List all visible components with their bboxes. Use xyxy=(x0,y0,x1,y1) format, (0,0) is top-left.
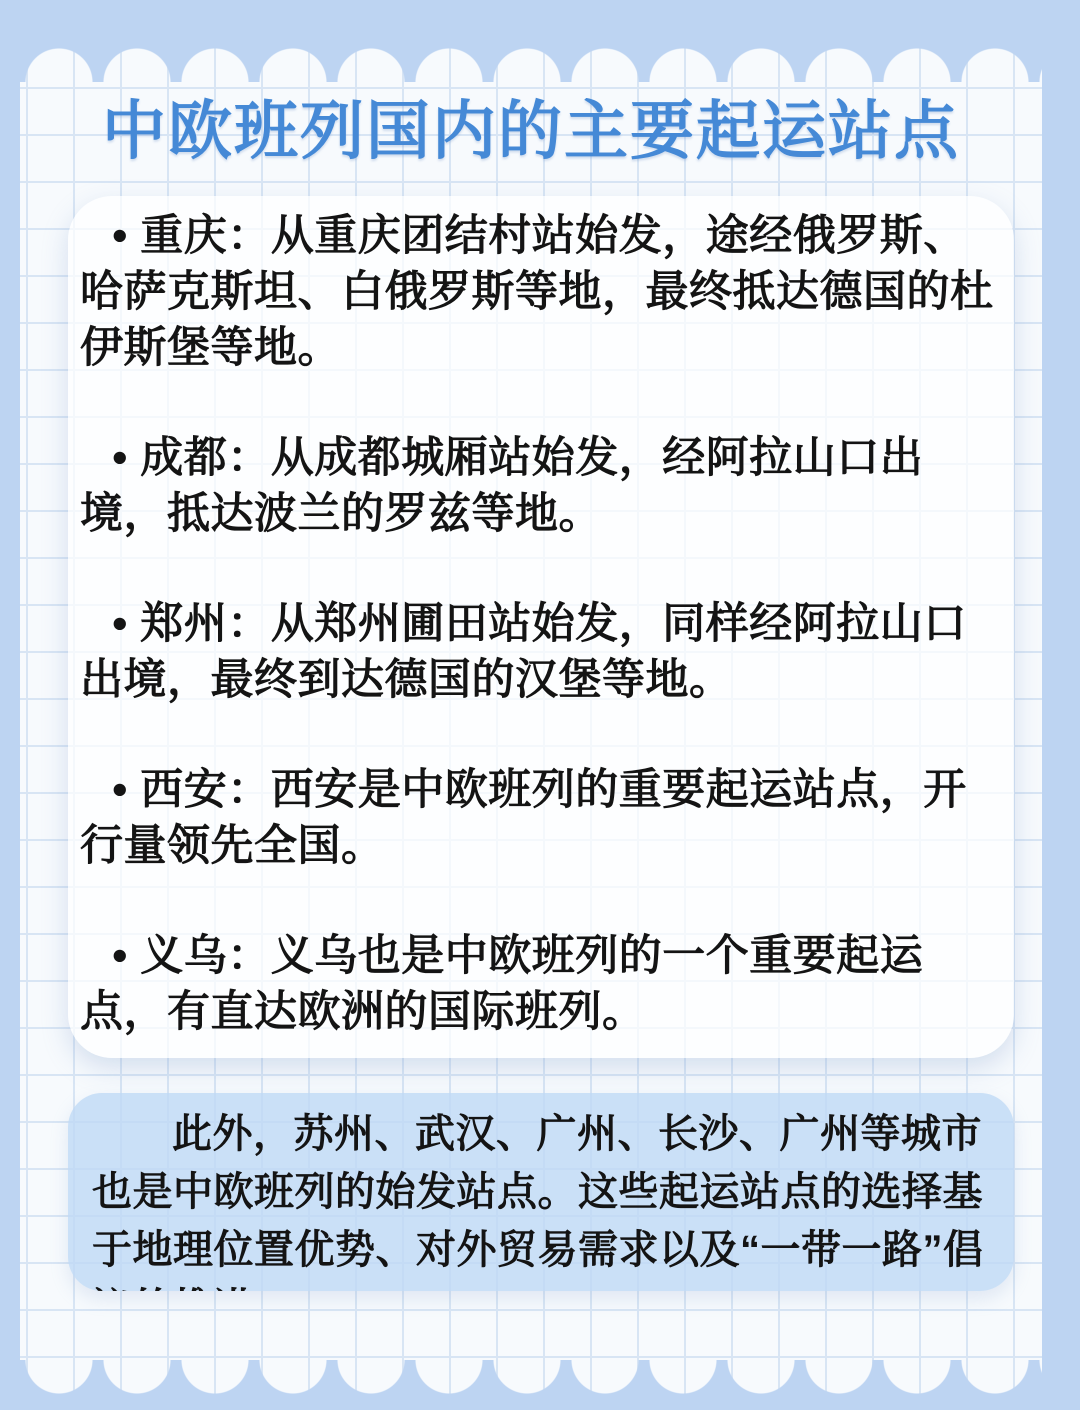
footer-card: 此外，苏州、武汉、广州、长沙、广州等城市也是中欧班列的始发站点。这些起运站点的选… xyxy=(68,1093,1014,1291)
bullet-item-chengdu: • 成都：从成都城厢站始发，经阿拉山口出境，抵达波兰的罗兹等地。 xyxy=(80,430,1002,542)
page-title: 中欧班列国内的主要起运站点 xyxy=(30,92,1032,170)
scallop-top-edge xyxy=(20,48,1042,82)
scallop-bottom-edge xyxy=(20,1360,1042,1394)
footer-note: 此外，苏州、武汉、广州、长沙、广州等城市也是中欧班列的始发站点。这些起运站点的选… xyxy=(92,1105,990,1291)
bullet-item-xian: • 西安：西安是中欧班列的重要起运站点，开行量领先全国。 xyxy=(80,762,1002,874)
grid-paper: 中欧班列国内的主要起运站点 • 重庆：从重庆团结村站始发，途经俄罗斯、哈萨克斯坦… xyxy=(20,48,1042,1394)
page: { "theme": { "background": "#bdd4f2", "p… xyxy=(0,0,1080,1410)
bullet-item-chongqing: • 重庆：从重庆团结村站始发，途经俄罗斯、哈萨克斯坦、白俄罗斯等地，最终抵达德国… xyxy=(80,208,1002,376)
bullet-item-yiwu: • 义乌：义乌也是中欧班列的一个重要起运点，有直达欧洲的国际班列。 xyxy=(80,928,1002,1040)
content-card: • 重庆：从重庆团结村站始发，途经俄罗斯、哈萨克斯坦、白俄罗斯等地，最终抵达德国… xyxy=(68,196,1014,1058)
bullet-item-zhengzhou: • 郑州：从郑州圃田站始发，同样经阿拉山口出境，最终到达德国的汉堡等地。 xyxy=(80,596,1002,708)
